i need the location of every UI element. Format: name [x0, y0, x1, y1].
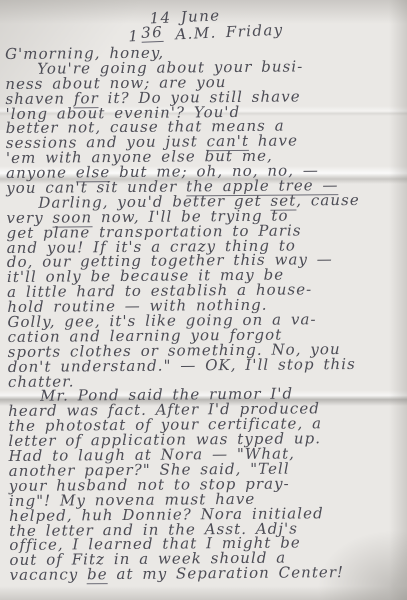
time-rest: A.M. Friday: [175, 21, 284, 44]
time-line: 136 A.M. Friday: [128, 22, 284, 47]
paper-shadow-bottom: [0, 586, 407, 600]
underlined-text: be: [87, 565, 108, 584]
letter-body: G'morning, honey,You're going about your…: [5, 44, 407, 584]
time-hour: 1: [128, 27, 140, 45]
time-minutes: 36: [141, 24, 164, 43]
letter-line: vacancy be at my Separation Center!: [10, 565, 407, 583]
date-block: 14 June 136 A.M. Friday: [127, 5, 284, 47]
letter-page: 14 June 136 A.M. Friday G'morning, honey…: [0, 0, 407, 600]
